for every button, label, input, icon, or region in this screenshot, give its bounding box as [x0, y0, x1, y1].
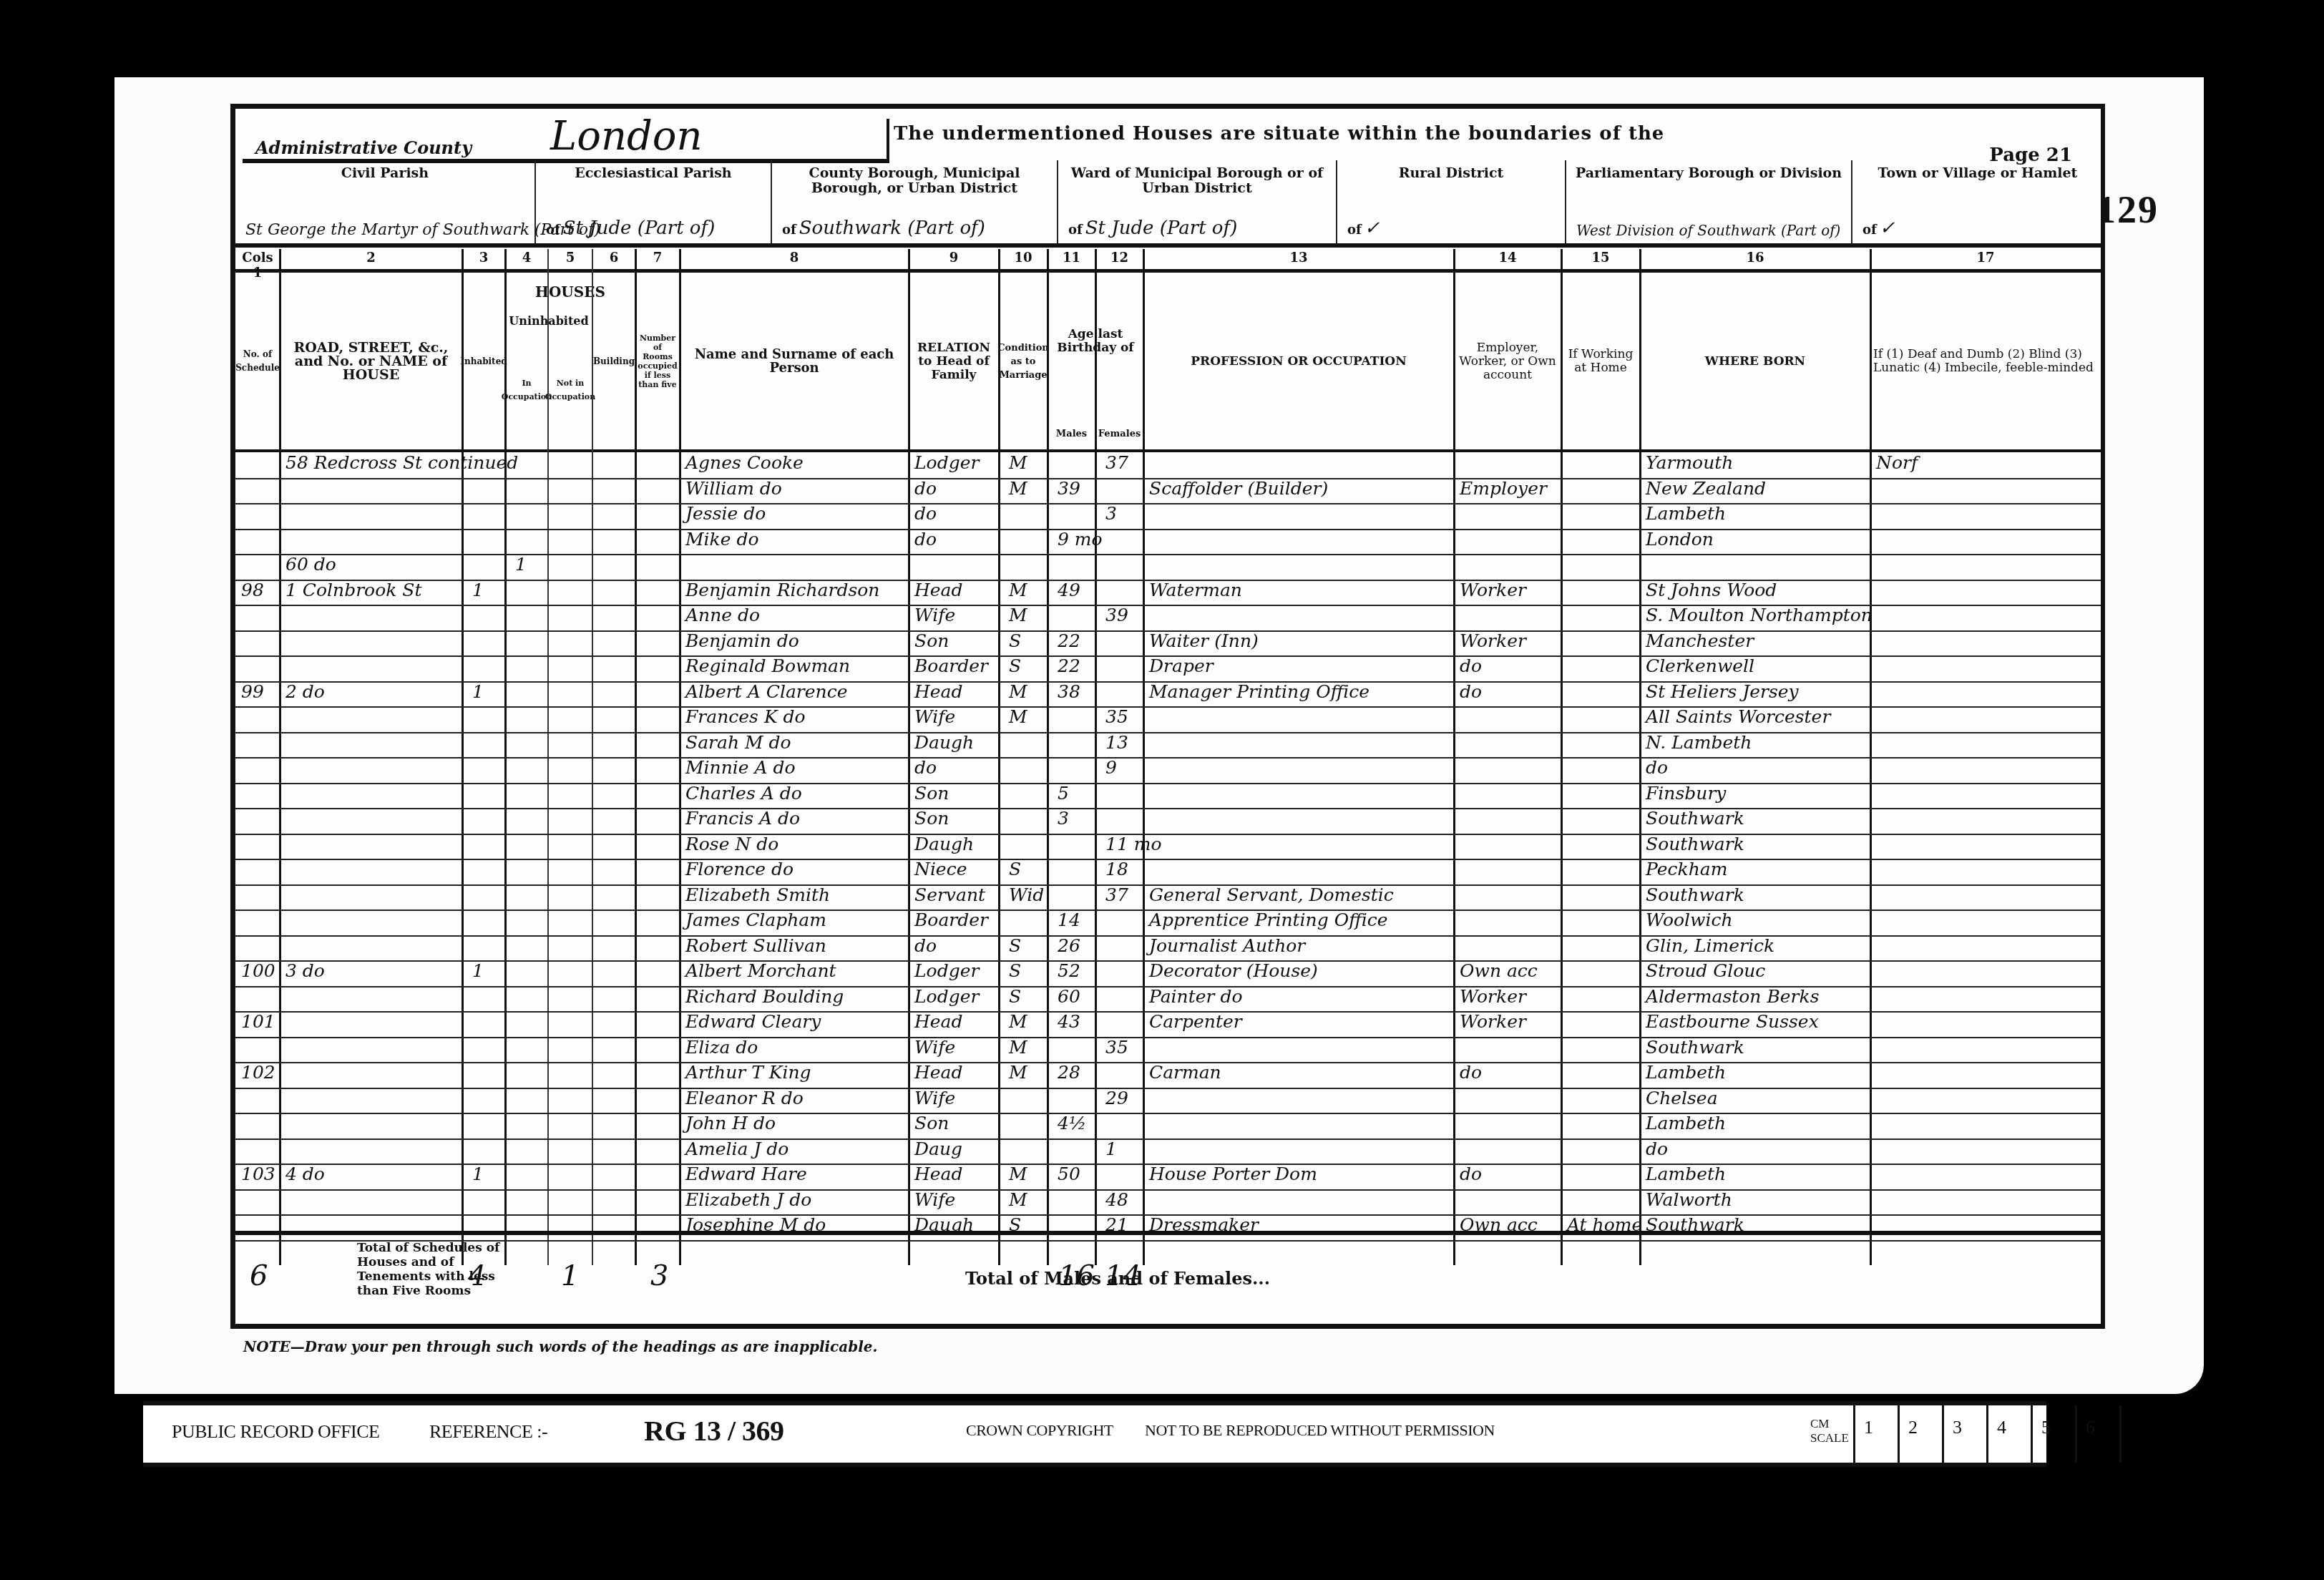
table-row: Elizabeth SmithServantWid37General Serva… [235, 884, 2101, 912]
cell-infirmity: Norf [1876, 452, 1918, 479]
cell-employer: do [1460, 681, 1482, 708]
cell-female-age: 37 [1105, 452, 1128, 479]
cell-male-age: 14 [1058, 910, 1080, 937]
cell-condition: M [1009, 1164, 1027, 1191]
cell-relation: do [914, 935, 937, 962]
cell-born: Southwark [1646, 834, 1744, 861]
cell-name: Amelia J do [685, 1138, 788, 1166]
cell-name: Eleanor R do [685, 1088, 804, 1115]
cell-male-age: 38 [1058, 681, 1080, 708]
cell-name: Eliza do [685, 1037, 758, 1064]
cell-female-age: 18 [1105, 859, 1128, 886]
table-row: Florence doNieceS18Peckham [235, 859, 2101, 886]
cell-inhabited: 1 [472, 1164, 484, 1191]
cell-occupation: Carman [1149, 1062, 1221, 1089]
cell-condition: S [1009, 655, 1021, 683]
cell-road: 2 do [285, 681, 325, 708]
cell-condition: M [1009, 1062, 1027, 1089]
cell-occupation: Apprentice Printing Office [1149, 910, 1388, 937]
cell-born: Aldermaston Berks [1646, 986, 1819, 1013]
cell-occupation: House Porter Dom [1149, 1164, 1317, 1191]
office-label: PUBLIC RECORD OFFICE [172, 1421, 380, 1443]
cell-female-age: 35 [1105, 706, 1128, 733]
cell-male-age: 39 [1058, 478, 1080, 505]
cell-occupation: Draper [1149, 655, 1214, 683]
cell-name: Mike do [685, 529, 759, 556]
column-number: 9 [909, 250, 999, 265]
cell-born: N. Lambeth [1646, 732, 1752, 759]
cell-relation: do [914, 529, 937, 556]
column-number: 3 [462, 250, 505, 265]
cell-relation: Wife [914, 1088, 955, 1115]
cell-born: Southwark [1646, 808, 1744, 835]
reference-label: REFERENCE :- [429, 1421, 547, 1443]
cell-female-age: 9 [1105, 757, 1117, 784]
cell-employer: do [1460, 655, 1482, 683]
column-number: 6 [592, 250, 635, 265]
cell-born: St Heliers Jersey [1646, 681, 1799, 708]
column-number: 15 [1561, 250, 1640, 265]
cell-condition: S [1009, 859, 1021, 886]
intro-text: The undermentioned Houses are situate wi… [894, 123, 1664, 145]
cell-occupation: Decorator (House) [1149, 960, 1318, 987]
cell-name: Anne do [685, 605, 760, 632]
totals-row: 6 Total of Schedules of Houses and of Te… [235, 1231, 2101, 1330]
cell-name: James Clapham [685, 910, 826, 937]
table-row: Reginald BowmanBoarderS22DraperdoClerken… [235, 655, 2101, 683]
cell-relation: Head [914, 580, 963, 607]
cell-condition: M [1009, 1037, 1027, 1064]
cell-schedule: 98 [241, 580, 264, 607]
column-number: 8 [680, 250, 909, 265]
cell-male-age: 50 [1058, 1164, 1080, 1191]
cm-scale: CM SCALE 1 2 3 4 5 6 [1810, 1405, 2198, 1463]
cell-born: St Johns Wood [1646, 580, 1777, 607]
cell-road: 1 Colnbrook St [285, 580, 421, 607]
cell-inhabited: 1 [472, 580, 484, 607]
cell-condition: M [1009, 1011, 1027, 1038]
cell-inhabited: 1 [472, 960, 484, 987]
cell-name: Albert Morchant [685, 960, 836, 987]
cell-relation: do [914, 757, 937, 784]
cell-male-age: 22 [1058, 630, 1080, 658]
cell-name: Florence do [685, 859, 794, 886]
cell-relation: Lodger [914, 960, 979, 987]
table-row: Jessie dodo3Lambeth [235, 503, 2101, 530]
cell-male-age: 60 [1058, 986, 1080, 1013]
cell-schedule: 100 [241, 960, 275, 987]
cell-born: Peckham [1646, 859, 1727, 886]
cell-condition: M [1009, 605, 1027, 632]
table-row: Mike dodo9 moLondon [235, 529, 2101, 556]
cell-occupation: Painter do [1149, 986, 1243, 1013]
cell-relation: Son [914, 1113, 949, 1140]
cell-name: Robert Sullivan [685, 935, 826, 962]
copyright-label: CROWN COPYRIGHT [966, 1421, 1113, 1440]
cell-relation: Boarder [914, 910, 988, 937]
cell-female-age: 39 [1105, 605, 1128, 632]
table-row: Francis A doSon3Southwark [235, 808, 2101, 835]
table-row: Amelia J doDaug1do [235, 1138, 2101, 1166]
cell-name: Charles A do [685, 783, 802, 810]
cell-name: Jessie do [685, 503, 766, 530]
cell-born: Lambeth [1646, 503, 1726, 530]
table-row: James ClaphamBoarder14Apprentice Printin… [235, 910, 2101, 937]
table-row: Frances K doWifeM35All Saints Worcester [235, 706, 2101, 733]
cell-born: Woolwich [1646, 910, 1733, 937]
cell-condition: S [1009, 960, 1021, 987]
cell-born: S. Moulton Northampton [1646, 605, 1873, 632]
cell-name: Frances K do [685, 706, 806, 733]
cell-name: Benjamin do [685, 630, 799, 658]
admin-county: Administrative County London [243, 119, 889, 163]
cell-condition: S [1009, 630, 1021, 658]
cell-female-age: 35 [1105, 1037, 1128, 1064]
cell-name: William do [685, 478, 782, 505]
cell-name: Francis A do [685, 808, 800, 835]
table-row: Anne doWifeM39S. Moulton Northampton [235, 605, 2101, 632]
cell-relation: Niece [914, 859, 967, 886]
cell-employer: Worker [1460, 1011, 1526, 1038]
ecclesiastical-parish: Ecclesiastical Parish ofSt Jude (Part of… [536, 160, 772, 243]
cell-name: Edward Hare [685, 1164, 807, 1191]
area-fields: Civil Parish St George the Martyr of Sou… [235, 160, 2101, 248]
cell-relation: Boarder [914, 655, 988, 683]
table-row: Sarah M doDaugh13N. Lambeth [235, 732, 2101, 759]
cell-female-age: 3 [1105, 503, 1117, 530]
cell-employer: Employer [1460, 478, 1547, 505]
cell-relation: Son [914, 808, 949, 835]
cell-road: 58 Redcross St continued [285, 452, 518, 479]
cell-relation: Head [914, 1164, 963, 1191]
cell-born: do [1646, 757, 1668, 784]
cell-employer: Own acc [1460, 960, 1538, 987]
cell-relation: Head [914, 1062, 963, 1089]
cell-name: Agnes Cooke [685, 452, 804, 479]
column-number: 5 [548, 250, 592, 265]
cell-name: Benjamin Richardson [685, 580, 879, 607]
cell-born: Yarmouth [1646, 452, 1733, 479]
admin-county-label: Administrative County [255, 137, 472, 158]
cell-relation: Son [914, 783, 949, 810]
cell-schedule: 102 [241, 1062, 275, 1089]
cell-name: Albert A Clarence [685, 681, 847, 708]
cell-born: Walworth [1646, 1189, 1732, 1216]
cell-born: Lambeth [1646, 1062, 1726, 1089]
column-number: 16 [1640, 250, 1870, 265]
cell-condition: M [1009, 452, 1027, 479]
table-row: William dodoM39Scaffolder (Builder)Emplo… [235, 478, 2101, 505]
table-row: Rose N doDaugh11 moSouthwark [235, 834, 2101, 861]
table-row: Robert SullivandoS26Journalist AuthorGli… [235, 935, 2101, 962]
cell-road: 3 do [285, 960, 325, 987]
cell-relation: Wife [914, 1037, 955, 1064]
column-number: 7 [635, 250, 680, 265]
cell-male-age: 22 [1058, 655, 1080, 683]
form-note: NOTE—Draw your pen through such words of… [243, 1338, 878, 1355]
cell-born: Glin, Limerick [1646, 935, 1774, 962]
cell-relation: Daugh [914, 834, 974, 861]
cell-relation: Servant [914, 884, 985, 912]
table-row: 992 do1Albert A ClarenceHeadM38Manager P… [235, 681, 2101, 708]
town-village: Town or Village or Hamlet of✓ [1852, 160, 2103, 243]
cell-born: Eastbourne Sussex [1646, 1011, 1819, 1038]
cell-born: Chelsea [1646, 1088, 1718, 1115]
cell-name: Edward Cleary [685, 1011, 821, 1038]
cell-born: Lambeth [1646, 1164, 1726, 1191]
column-numbers: Cols 1234567891011121314151617 [235, 249, 2101, 273]
table-row: Eleanor R doWife29Chelsea [235, 1088, 2101, 1115]
table-row: Richard BouldingLodgerS60Painter doWorke… [235, 986, 2101, 1013]
cell-employer: do [1460, 1164, 1482, 1191]
cell-female-age: 11 mo [1105, 834, 1162, 861]
notice-label: NOT TO BE REPRODUCED WITHOUT PERMISSION [1145, 1421, 1495, 1440]
cell-occupation: Manager Printing Office [1149, 681, 1369, 708]
cell-condition: Wid [1009, 884, 1044, 912]
cell-name: John H do [685, 1113, 776, 1140]
cell-male-age: 52 [1058, 960, 1080, 987]
column-number: 13 [1143, 250, 1454, 265]
cell-uninhabited: 1 [515, 554, 527, 581]
cell-male-age: 28 [1058, 1062, 1080, 1089]
cell-road: 60 do [285, 554, 336, 581]
cell-name: Reginald Bowman [685, 655, 850, 683]
cell-male-age: 9 mo [1058, 529, 1103, 556]
cell-born: Clerkenwell [1646, 655, 1754, 683]
table-row: Eliza doWifeM35Southwark [235, 1037, 2101, 1064]
cell-born: do [1646, 1138, 1668, 1166]
cell-born: London [1646, 529, 1714, 556]
cell-occupation: Journalist Author [1149, 935, 1305, 962]
cell-employer: Worker [1460, 630, 1526, 658]
cell-schedule: 103 [241, 1164, 275, 1191]
cell-female-age: 37 [1105, 884, 1128, 912]
cell-born: Lambeth [1646, 1113, 1726, 1140]
table-row: Benjamin doSonS22Waiter (Inn)WorkerManch… [235, 630, 2101, 658]
census-form: Administrative County London The underme… [230, 104, 2105, 1329]
form-header: Administrative County London The underme… [235, 109, 2101, 245]
parliamentary-borough: Parliamentary Borough or Division West D… [1566, 160, 1852, 243]
column-headers: No. of Schedule ROAD, STREET, &c., and N… [235, 273, 2101, 452]
cell-inhabited: 1 [472, 681, 484, 708]
cell-relation: Head [914, 681, 963, 708]
cell-male-age: 3 [1058, 808, 1069, 835]
table-row: 101Edward ClearyHeadM43CarpenterWorkerEa… [235, 1011, 2101, 1038]
cell-employer: Worker [1460, 986, 1526, 1013]
column-number: 17 [1870, 250, 2101, 265]
cell-born: Southwark [1646, 884, 1744, 912]
cell-male-age: 43 [1058, 1011, 1080, 1038]
column-number: 12 [1095, 250, 1143, 265]
cell-occupation: Waterman [1149, 580, 1242, 607]
cell-male-age: 5 [1058, 783, 1069, 810]
table-row: Minnie A dodo9do [235, 757, 2101, 784]
table-row: 1003 do1Albert MorchantLodgerS52Decorato… [235, 960, 2101, 987]
cell-female-age: 1 [1105, 1138, 1117, 1166]
county-borough: County Borough, Municipal Borough, or Ur… [772, 160, 1058, 243]
rural-district: Rural District of✓ [1337, 160, 1566, 243]
column-number: 2 [280, 250, 462, 265]
cell-relation: Wife [914, 706, 955, 733]
cell-condition: M [1009, 681, 1027, 708]
cell-road: 4 do [285, 1164, 325, 1191]
table-row: 1034 do1Edward HareHeadM50House Porter D… [235, 1164, 2101, 1191]
cell-female-age: 48 [1105, 1189, 1128, 1216]
cell-relation: do [914, 503, 937, 530]
ward: Ward of Municipal Borough or of Urban Di… [1058, 160, 1337, 243]
cell-relation: Wife [914, 605, 955, 632]
cell-condition: M [1009, 1189, 1027, 1216]
column-number: 14 [1454, 250, 1561, 265]
cell-schedule: 99 [241, 681, 264, 708]
cell-condition: M [1009, 580, 1027, 607]
cell-relation: Head [914, 1011, 963, 1038]
table-row: 981 Colnbrook St1Benjamin RichardsonHead… [235, 580, 2101, 607]
cell-female-age: 13 [1105, 732, 1128, 759]
cell-relation: Son [914, 630, 949, 658]
column-number: 10 [999, 250, 1048, 265]
cell-born: Southwark [1646, 1037, 1744, 1064]
cell-relation: Lodger [914, 452, 979, 479]
column-number: 11 [1048, 250, 1095, 265]
cell-occupation: Waiter (Inn) [1149, 630, 1259, 658]
cell-born: All Saints Worcester [1646, 706, 1830, 733]
cell-male-age: 26 [1058, 935, 1080, 962]
cell-condition: S [1009, 935, 1021, 962]
cell-name: Sarah M do [685, 732, 791, 759]
cell-male-age: 49 [1058, 580, 1080, 607]
cell-condition: M [1009, 706, 1027, 733]
cell-relation: Daug [914, 1138, 962, 1166]
cell-employer: do [1460, 1062, 1482, 1089]
cell-male-age: 4½ [1058, 1113, 1086, 1140]
cell-condition: S [1009, 986, 1021, 1013]
table-row: Charles A doSon5Finsbury [235, 783, 2101, 810]
cell-female-age: 29 [1105, 1088, 1128, 1115]
cell-relation: Daugh [914, 732, 974, 759]
cell-born: Finsbury [1646, 783, 1726, 810]
cell-name: Arthur T King [685, 1062, 811, 1089]
admin-county-value: London [550, 113, 703, 160]
cell-name: Rose N do [685, 834, 778, 861]
reference-number: RG 13 / 369 [644, 1414, 784, 1448]
civil-parish: Civil Parish St George the Martyr of Sou… [235, 160, 536, 243]
cell-name: Elizabeth Smith [685, 884, 830, 912]
cell-occupation: Scaffolder (Builder) [1149, 478, 1328, 505]
column-number: 4 [505, 250, 548, 265]
cell-occupation: General Servant, Domestic [1149, 884, 1394, 912]
cell-name: Elizabeth J do [685, 1189, 811, 1216]
cell-relation: do [914, 478, 937, 505]
table-row: 102Arthur T KingHeadM28CarmandoLambeth [235, 1062, 2101, 1089]
cell-condition: M [1009, 478, 1027, 505]
cell-name: Minnie A do [685, 757, 796, 784]
folio-number: 129 [2096, 187, 2159, 232]
cell-born: Manchester [1646, 630, 1754, 658]
cell-relation: Lodger [914, 986, 979, 1013]
table-row: 58 Redcross St continuedAgnes CookeLodge… [235, 452, 2101, 479]
cell-born: New Zealand [1646, 478, 1766, 505]
archive-footer: PUBLIC RECORD OFFICE REFERENCE :- RG 13 … [143, 1401, 2046, 1467]
cell-relation: Wife [914, 1189, 955, 1216]
cell-occupation: Carpenter [1149, 1011, 1242, 1038]
cell-employer: Worker [1460, 580, 1526, 607]
cell-schedule: 101 [241, 1011, 275, 1038]
table-row: John H doSon4½Lambeth [235, 1113, 2101, 1140]
cell-name: Richard Boulding [685, 986, 844, 1013]
cell-born: Stroud Glouc [1646, 960, 1765, 987]
table-row: 60 do1 [235, 554, 2101, 581]
table-row: Elizabeth J doWifeM48Walworth [235, 1189, 2101, 1216]
